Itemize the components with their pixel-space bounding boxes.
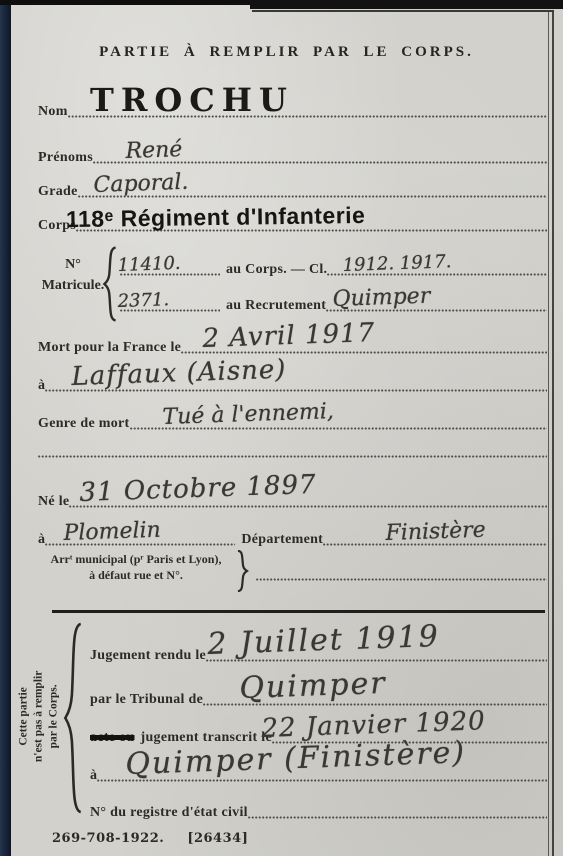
lieu-naissance-row: à Département Plomelin Finistère [38, 524, 547, 548]
grade-row: Grade Caporal. [38, 176, 547, 200]
departement-label: Département [241, 533, 323, 548]
blank-dotted-line [38, 455, 547, 458]
lieu-transcription-row: à Quimper (Finistère) [90, 760, 547, 784]
naissance-label: Né le [38, 495, 69, 510]
classe-value: 1912. 1917. [342, 251, 451, 276]
arrondissement-dotted-line [256, 578, 547, 581]
tribunal-value: Quimper [239, 666, 387, 706]
imprint-code: 269-708-1922. [52, 831, 164, 846]
card-border-right-outer [552, 10, 554, 856]
registre-dotted-line [248, 816, 547, 819]
lieu-mort-value: Laffaux (Aisne) [71, 355, 287, 392]
registre-row: N° du registre d'état civil [90, 797, 547, 821]
naissance-date-value: 31 Octobre 1897 [79, 470, 317, 508]
lieu-mort-row: à Laffaux (Aisne) [38, 370, 547, 394]
jugement-rendu-value: 2 Juillet 1919 [207, 619, 441, 662]
lieu-mort-label: à [38, 379, 45, 394]
jugement-rendu-label: Jugement rendu le [90, 649, 206, 664]
scan-top-edge-thick [250, 0, 563, 9]
print-imprint: 269-708-1922. [26434] [52, 831, 266, 846]
death-record-card: PARTIE À REMPLIR PAR LE CORPS. Nom TROCH… [0, 0, 563, 856]
prenoms-value: René [125, 137, 183, 164]
corps-value-stamp: 118ᵉ Régiment d'Infanterie [66, 202, 366, 233]
form-title: PARTIE À REMPLIR PAR LE CORPS. [50, 44, 523, 61]
side-note-vertical: Cette partie n'est pas à remplir par le … [17, 631, 62, 801]
nom-row: Nom TROCHU [38, 96, 547, 120]
prenoms-label: Prénoms [38, 151, 93, 166]
nom-label: Nom [38, 105, 68, 120]
nom-value: TROCHU [90, 81, 294, 119]
mort-date-value: 2 Avril 1917 [202, 318, 376, 354]
tribunal-label: par le Tribunal de [90, 693, 203, 708]
grade-label: Grade [38, 185, 78, 200]
transcription-struck-text: acte ou [90, 731, 134, 746]
card-border-right-inner [548, 12, 549, 856]
jugement-brace-icon [62, 622, 84, 814]
card-border-top [252, 10, 554, 12]
corps-row: Corps 118ᵉ Régiment d'Infanterie [38, 210, 547, 234]
arrondissement-label-line1: Arrᵗ municipal (pʳ Paris et Lyon), [38, 552, 234, 568]
arrondissement-brace-icon [236, 550, 249, 592]
au-corps-label: au Corps. — Cl. [226, 263, 327, 278]
matricule-recrutement-value: 2371. [117, 289, 169, 312]
section-divider [52, 610, 545, 613]
arrondissement-label-block: Arrᵗ municipal (pʳ Paris et Lyon), à déf… [38, 552, 234, 583]
genre-mort-row: Genre de mort Tué à l'ennemi, [38, 408, 547, 432]
tribunal-row: par le Tribunal de Quimper [90, 684, 547, 708]
jugement-rendu-row: Jugement rendu le 2 Juillet 1919 [90, 640, 547, 664]
imprint-ref: [26434] [187, 831, 248, 846]
naissance-row: Né le 31 Octobre 1897 [38, 486, 547, 510]
prenoms-row: Prénoms René [38, 142, 547, 166]
grade-value: Caporal. [93, 170, 189, 198]
book-binding-edge [0, 0, 11, 856]
arrondissement-label-line2: à défaut rue et N°. [38, 568, 234, 584]
genre-mort-value: Tué à l'ennemi, [162, 399, 334, 430]
au-recrutement-label: au Recrutement [226, 299, 326, 314]
lieu-naissance-value: Plomelin [63, 518, 161, 546]
matricule-corps-value: 11410. [117, 253, 181, 276]
matricule-recrutement-row: au Recrutement 2371. Quimper [38, 290, 547, 314]
recrutement-place-value: Quimper [332, 284, 431, 312]
registre-label: N° du registre d'état civil [90, 806, 248, 821]
genre-mort-label: Genre de mort [38, 417, 130, 432]
matricule-corps-row: au Corps. — Cl. 11410. 1912. 1917. [38, 254, 547, 278]
mort-row: Mort pour la France le 2 Avril 1917 [38, 332, 547, 356]
departement-value: Finistère [385, 518, 486, 546]
lieu-transcription-label: à [90, 769, 97, 784]
mort-label: Mort pour la France le [38, 341, 181, 356]
lieu-naissance-label: à [38, 533, 45, 548]
